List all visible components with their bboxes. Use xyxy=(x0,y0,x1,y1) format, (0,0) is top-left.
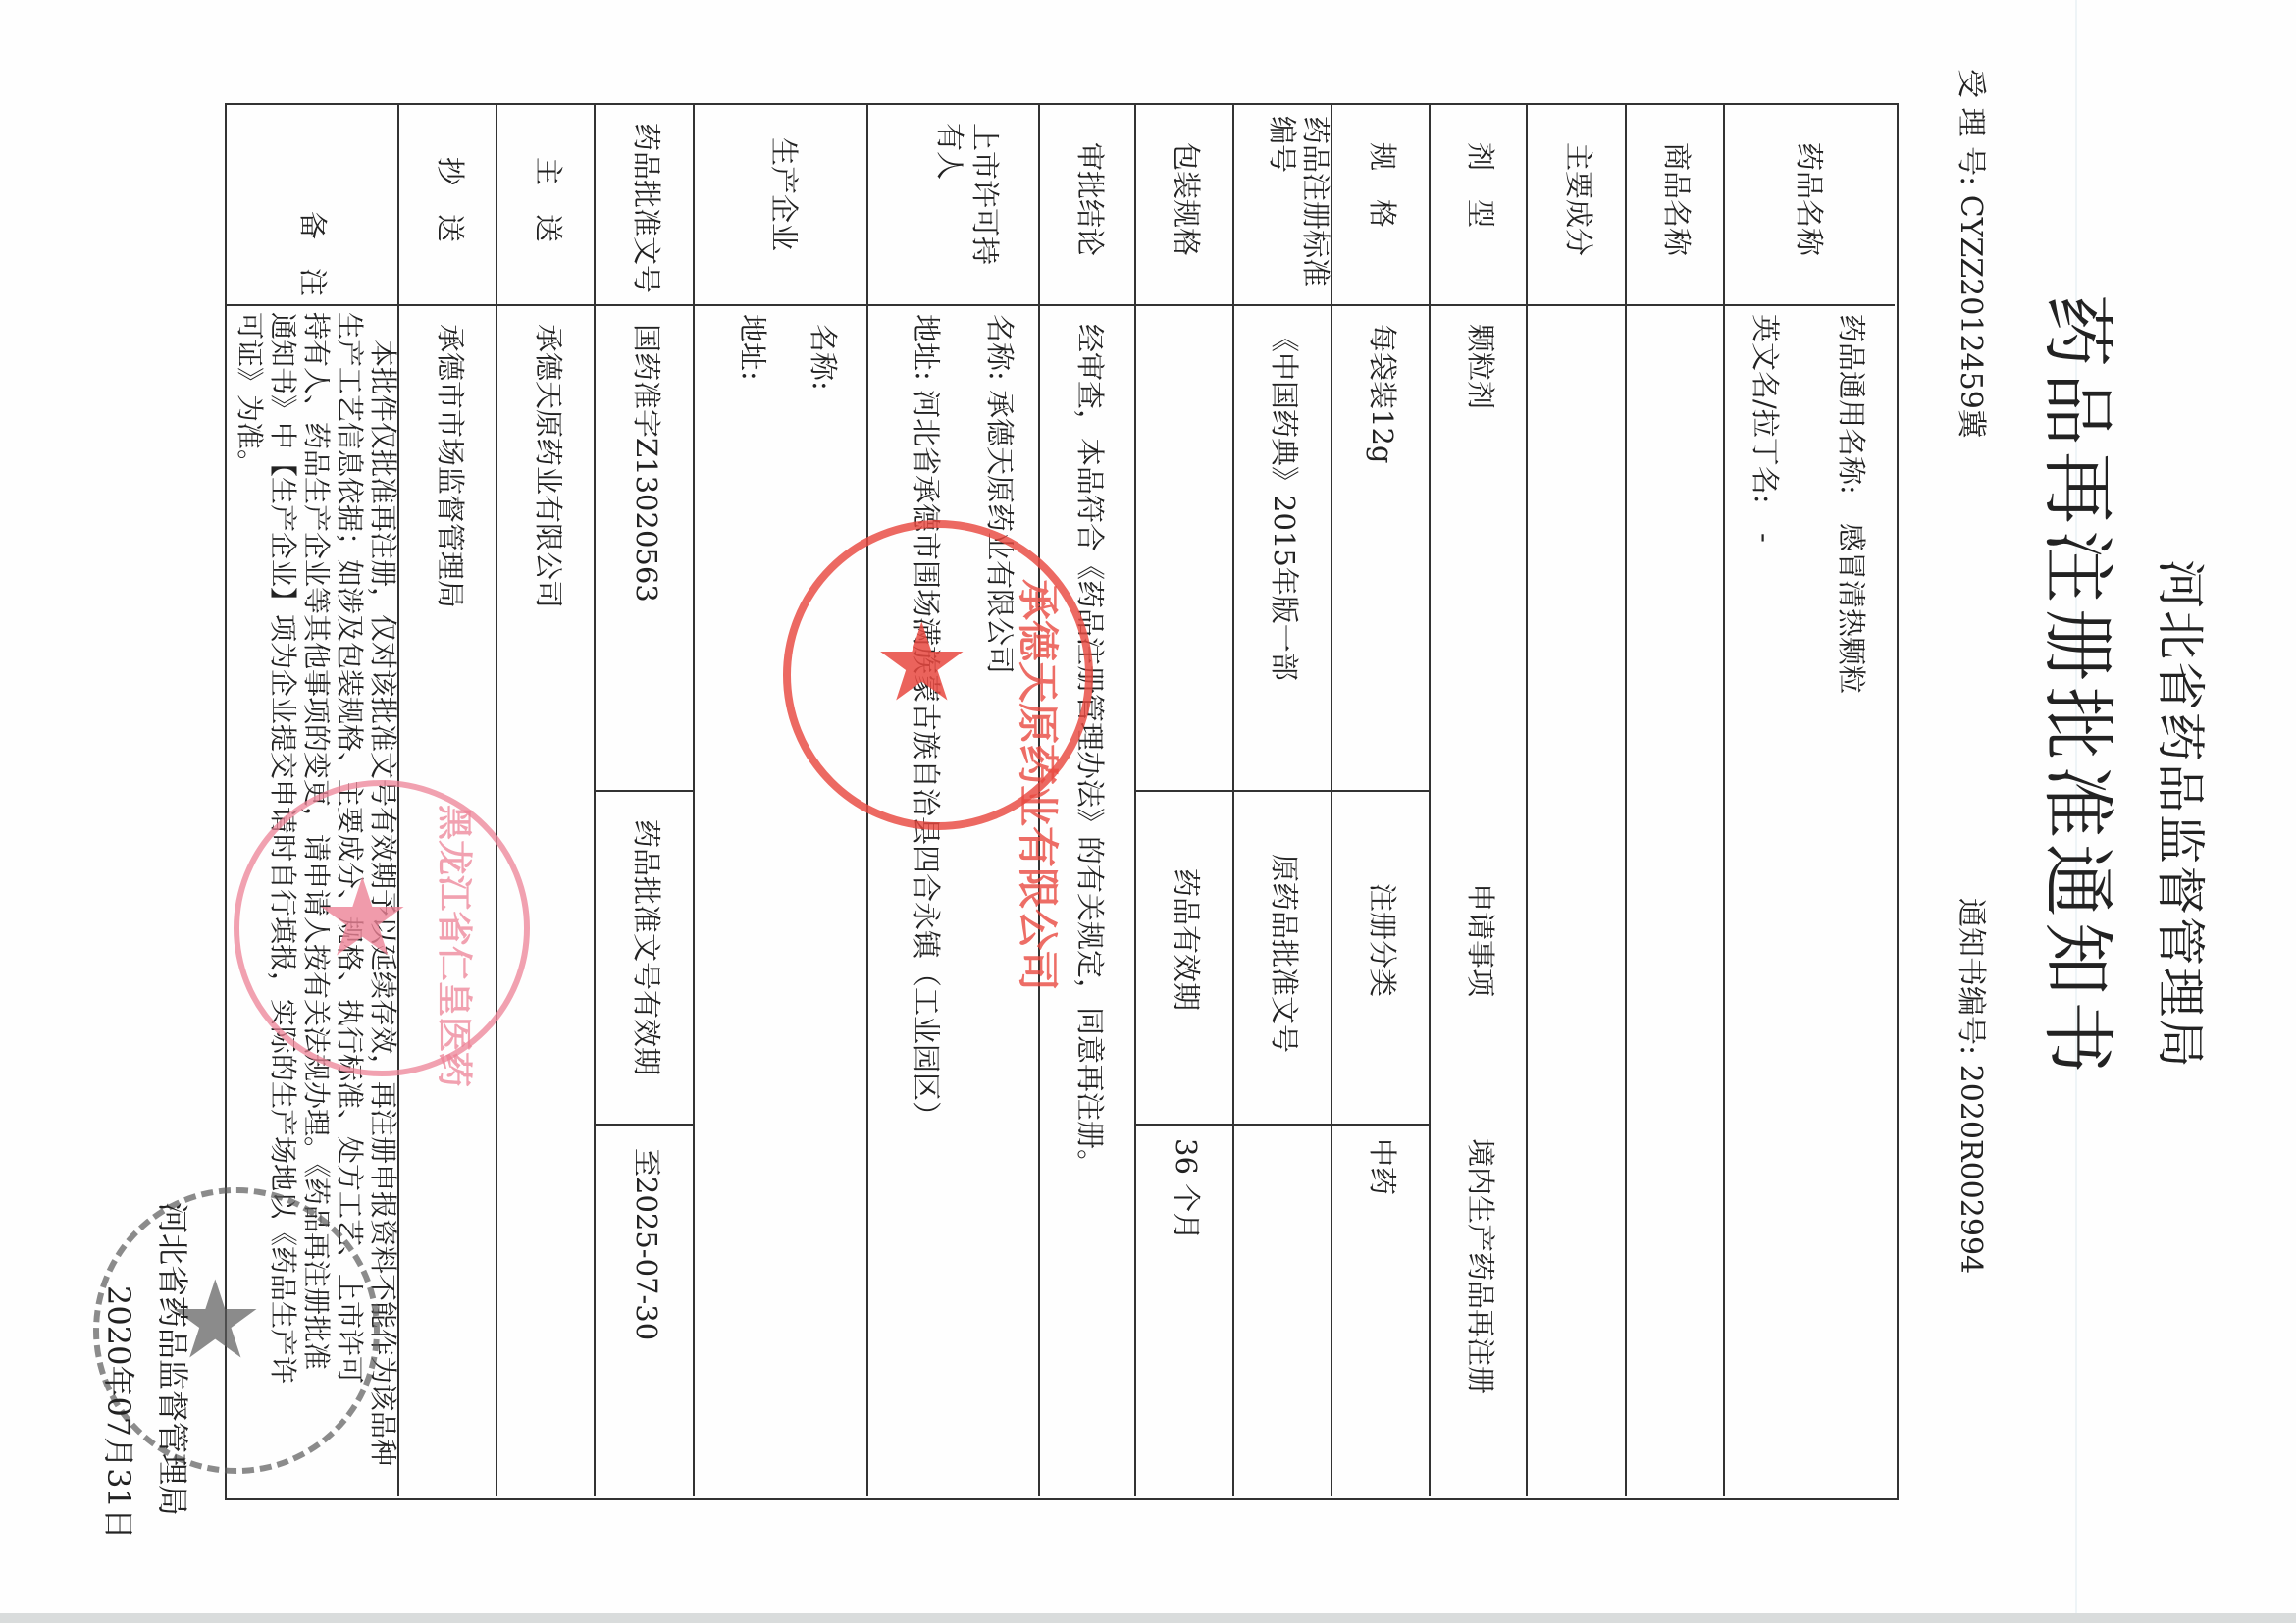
manufacturer-name-label: 名称: xyxy=(807,324,840,391)
label-main-recipient: 主 送 xyxy=(530,157,570,242)
scan-edge xyxy=(0,1613,2296,1623)
label-mah: 上市许可持有人 xyxy=(932,123,1003,289)
second-seal-text: 黑龙江省仁皇医药 xyxy=(432,805,482,1087)
label-cc: 抄 送 xyxy=(432,157,472,242)
label-drug-name: 药品名称 xyxy=(1791,142,1831,256)
label-original-approval-number: 原药品批准文号 xyxy=(1266,854,1306,1053)
label-packaging: 包装规格 xyxy=(1168,142,1208,256)
pair-divider xyxy=(595,790,693,792)
manufacturer-address-label: 地址: xyxy=(736,314,769,381)
label-remarks: 备 注 xyxy=(294,211,335,296)
latin-name: 英文名/拉丁名: - xyxy=(1747,314,1787,543)
generic-name-label: 药品通用名称: xyxy=(1835,314,1868,495)
label-approval-validity: 药品批准文号有效期 xyxy=(628,819,668,1075)
label-ingredients: 主要成分 xyxy=(1560,142,1600,256)
label-registration-category: 注册分类 xyxy=(1364,883,1404,997)
pair-divider xyxy=(1135,790,1430,792)
issue-date: 2020年07月31日 xyxy=(98,1285,143,1540)
row-divider xyxy=(1625,103,1627,1496)
dosage-form-value: 颗粒剂 xyxy=(1462,324,1502,409)
acceptance-value: CYZZ2012459冀 xyxy=(1954,195,1988,439)
remarks-line: 可证》为准。 xyxy=(232,312,271,477)
manufacturer-address: 地址: xyxy=(734,314,774,381)
acceptance-label: 受 理 号: xyxy=(1954,69,1988,185)
main-recipient-value: 承德天原药业有限公司 xyxy=(530,324,570,608)
label-conclusion: 审批结论 xyxy=(1071,142,1112,256)
row-divider xyxy=(1232,103,1234,1496)
label-application-item: 申请事项 xyxy=(1462,883,1502,997)
label-standard-number: 药品注册标准编号 xyxy=(1266,116,1332,292)
label-approval-number: 药品批准文号 xyxy=(628,123,668,293)
row-divider xyxy=(1723,103,1725,1496)
acceptance-number: 受 理 号: CYZZ2012459冀 xyxy=(1953,69,1996,439)
latin-name-value: - xyxy=(1748,533,1782,543)
conclusion-value: 经审查，本品符合《药品注册管理办法》的有关规定，同意再注册。 xyxy=(1071,324,1112,1178)
pair-divider xyxy=(1135,1124,1430,1126)
row-divider xyxy=(1429,103,1431,1496)
label-dosage-form: 剂 型 xyxy=(1462,142,1502,228)
cc-value: 承德市市场监督管理局 xyxy=(432,324,472,608)
document-page: 河北省药品监督管理局 药品再注册批准通知书 受 理 号: CYZZ2012459… xyxy=(0,0,2296,1623)
notice-value: 2020R002994 xyxy=(1954,1065,1988,1274)
row-divider xyxy=(1134,103,1136,1496)
mah-address-label: 地址: xyxy=(910,314,943,381)
mah-name-label: 名称: xyxy=(983,314,1017,381)
registration-category-value: 中药 xyxy=(1364,1138,1404,1195)
issuer-name: 河北省药品监督管理局 xyxy=(152,1202,197,1516)
notice-label: 通知书编号: xyxy=(1954,898,1988,1055)
label-column-divider xyxy=(225,304,1895,306)
row-divider xyxy=(693,103,695,1496)
row-divider xyxy=(594,103,596,1496)
issuing-organization: 河北省药品监督管理局 xyxy=(2149,559,2219,1070)
label-manufacturer: 生产企业 xyxy=(765,137,806,251)
notice-number: 通知书编号: 2020R002994 xyxy=(1953,898,1996,1274)
pair-divider xyxy=(595,1124,693,1126)
row-divider xyxy=(496,103,497,1496)
approval-validity-value: 至2025-07-30 xyxy=(628,1148,668,1340)
specification-value: 每袋装12g xyxy=(1364,324,1404,463)
label-shelf-life: 药品有效期 xyxy=(1168,868,1208,1011)
shelf-life-value: 36 个月 xyxy=(1168,1138,1208,1240)
label-trade-name: 商品名称 xyxy=(1658,142,1698,256)
application-item-value: 境内生产药品再注册 xyxy=(1462,1138,1502,1394)
row-divider xyxy=(1331,103,1332,1496)
label-specification: 规 格 xyxy=(1364,142,1404,228)
generic-name-value: 感冒清热颗粒 xyxy=(1833,523,1873,694)
latin-name-label: 英文名/拉丁名: xyxy=(1748,314,1782,504)
document-title: 药品再注册批准通知书 xyxy=(2031,294,2135,1079)
approval-number-value: 国药准字Z13020563 xyxy=(628,324,668,602)
company-seal-text: 承德天原药业有限公司 xyxy=(1011,579,1070,991)
seal-star-icon: ★ xyxy=(873,608,970,716)
row-divider xyxy=(1526,103,1528,1496)
generic-name: 药品通用名称: 感冒清热颗粒 xyxy=(1833,314,1873,694)
standard-number-value: 《中国药典》2015年版一部 xyxy=(1266,324,1306,681)
manufacturer-name: 名称: xyxy=(805,324,845,391)
seal-star-icon: ★ xyxy=(314,864,411,971)
